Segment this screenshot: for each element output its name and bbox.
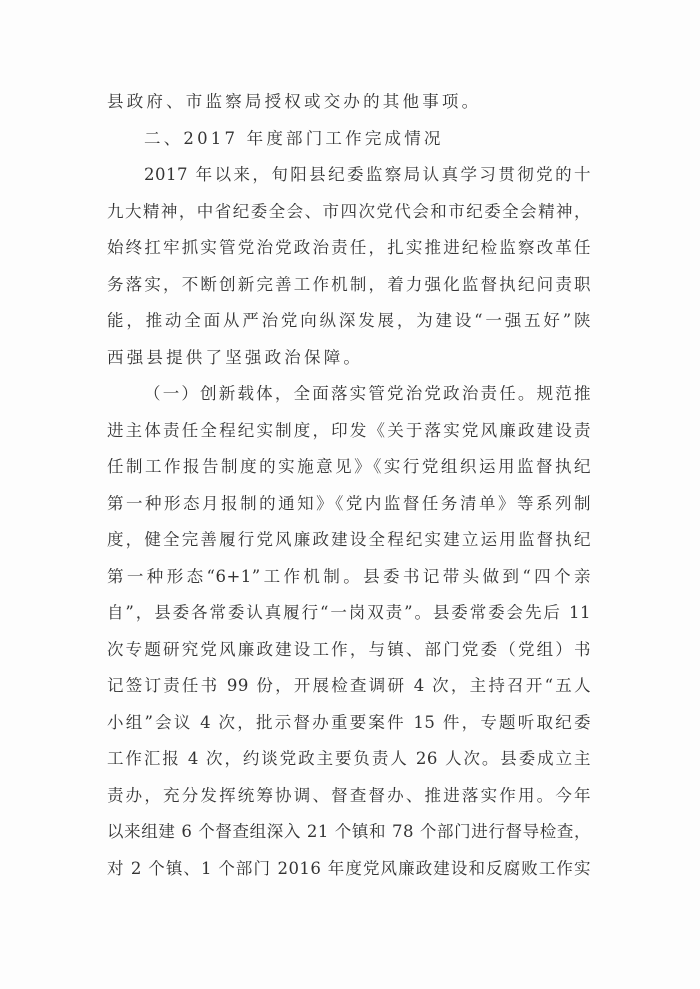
paragraph-line: 西强县提供了坚强政治保障。 [107, 340, 591, 377]
paragraph-line: 县政府、市监察局授权或交办的其他事项。 [107, 84, 591, 121]
document-page: 县政府、市监察局授权或交办的其他事项。 二、2017 年度部门工作完成情况 20… [0, 0, 700, 989]
paragraph-line: 始终扛牢抓实管党治党政治责任，扎实推进纪检监察改革任 [107, 230, 591, 267]
paragraph-line: 第一种形态月报制的通知》《党内监督任务清单》等系列制 [107, 486, 591, 523]
paragraph-line: 2017 年以来，旬阳县纪委监察局认真学习贯彻党的十 [107, 157, 591, 194]
paragraph-line: 能，推动全面从严治党向纵深发展，为建设“一强五好”陕 [107, 303, 591, 340]
paragraph-line: 务落实，不断创新完善工作机制，着力强化监督执纪问责职 [107, 267, 591, 304]
paragraph-line: 工作汇报 4 次，约谈党政主要负责人 26 人次。县委成立主 [107, 741, 591, 778]
paragraph-line: 对 2 个镇、1 个部门 2016 年度党风廉政建设和反腐败工作实 [107, 851, 591, 888]
section-heading: 二、2017 年度部门工作完成情况 [107, 121, 591, 158]
paragraph-line: 责办，充分发挥统筹协调、督查督办、推进落实作用。今年 [107, 778, 591, 815]
paragraph-line: 以来组建 6 个督查组深入 21 个镇和 78 个部门进行督导检查， [107, 814, 591, 851]
paragraph-line: 度，健全完善履行党风廉政建设全程纪实建立运用监督执纪 [107, 522, 591, 559]
paragraph-line: 次专题研究党风廉政建设工作，与镇、部门党委（党组）书 [107, 632, 591, 669]
paragraph-line: 进主体责任全程纪实制度，印发《关于落实党风廉政建设责 [107, 413, 591, 450]
paragraph-line: 九大精神，中省纪委全会、市四次党代会和市纪委全会精神， [107, 194, 591, 231]
paragraph-line: 小组”会议 4 次，批示督办重要案件 15 件，专题听取纪委 [107, 705, 591, 742]
body-text: 县政府、市监察局授权或交办的其他事项。 二、2017 年度部门工作完成情况 20… [107, 84, 591, 887]
subsection-heading-line: （一）创新载体，全面落实管党治党政治责任。规范推 [107, 376, 591, 413]
paragraph-line: 记签订责任书 99 份，开展检查调研 4 次，主持召开“五人 [107, 668, 591, 705]
paragraph-line: 第一种形态“6+1”工作机制。县委书记带头做到“四个亲 [107, 559, 591, 596]
paragraph-line: 任制工作报告制度的实施意见》《实行党组织运用监督执纪 [107, 449, 591, 486]
paragraph-line: 自”，县委各常委认真履行“一岗双责”。县委常委会先后 11 [107, 595, 591, 632]
